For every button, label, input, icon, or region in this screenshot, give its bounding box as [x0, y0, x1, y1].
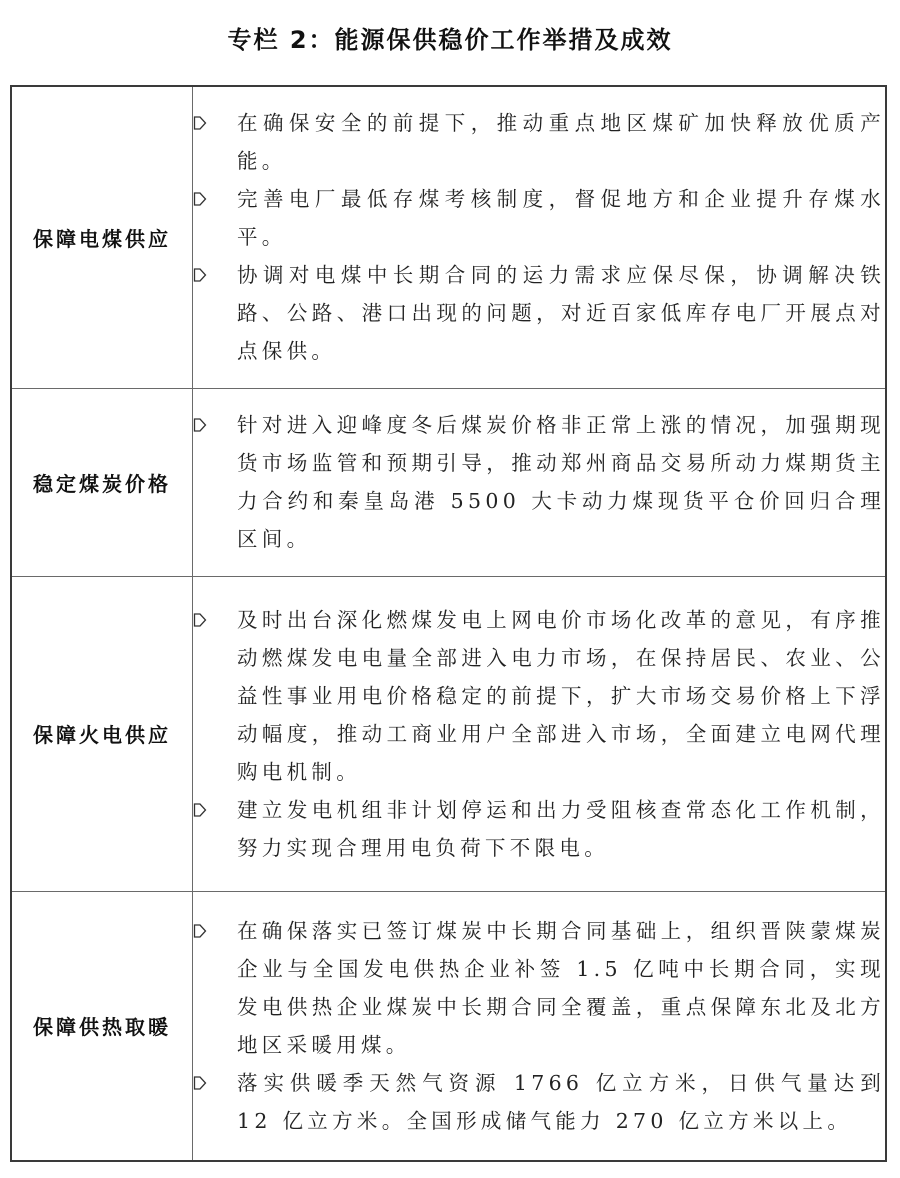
table-row: 保障火电供应 及时出台深化燃煤发电上网电价市场化改革的意见，有序推动燃煤发电电量…: [11, 576, 886, 891]
list-item: 落实供暖季天然气资源 1766 亿立方米，日供气量达到 12 亿立方米。全国形成…: [193, 1064, 885, 1140]
item-text: 及时出台深化燃煤发电上网电价市场化改革的意见，有序推动燃煤发电电量全部进入电力市…: [237, 601, 885, 791]
list-item: 协调对电煤中长期合同的运力需求应保尽保，协调解决铁路、公路、港口出现的问题，对近…: [193, 256, 885, 370]
hollow-arrow-right-icon: [193, 180, 237, 218]
item-text: 完善电厂最低存煤考核制度，督促地方和企业提升存煤水平。: [237, 180, 885, 256]
list-item: 针对进入迎峰度冬后煤炭价格非正常上涨的情况，加强期现货市场监管和预期引导，推动郑…: [193, 406, 885, 558]
item-text: 在确保安全的前提下，推动重点地区煤矿加快释放优质产能。: [237, 104, 885, 180]
list-item: 及时出台深化燃煤发电上网电价市场化改革的意见，有序推动燃煤发电电量全部进入电力市…: [193, 601, 885, 791]
item-text: 针对进入迎峰度冬后煤炭价格非正常上涨的情况，加强期现货市场监管和预期引导，推动郑…: [237, 406, 885, 558]
list-item: 在确保落实已签订煤炭中长期合同基础上，组织晋陕蒙煤炭企业与全国发电供热企业补签 …: [193, 912, 885, 1064]
row-content: 在确保安全的前提下，推动重点地区煤矿加快释放优质产能。 完善电厂最低存煤考核制度…: [193, 86, 887, 388]
row-label: 稳定煤炭价格: [11, 388, 193, 576]
page-title: 专栏 2：能源保供稳价工作举措及成效: [0, 20, 900, 55]
row-label: 保障火电供应: [11, 576, 193, 891]
hollow-arrow-right-icon: [193, 1064, 237, 1102]
hollow-arrow-right-icon: [193, 601, 237, 639]
table-row: 保障供热取暖 在确保落实已签订煤炭中长期合同基础上，组织晋陕蒙煤炭企业与全国发电…: [11, 891, 886, 1161]
hollow-arrow-right-icon: [193, 256, 237, 294]
list-item: 完善电厂最低存煤考核制度，督促地方和企业提升存煤水平。: [193, 180, 885, 256]
list-item: 在确保安全的前提下，推动重点地区煤矿加快释放优质产能。: [193, 104, 885, 180]
table-row: 稳定煤炭价格 针对进入迎峰度冬后煤炭价格非正常上涨的情况，加强期现货市场监管和预…: [11, 388, 886, 576]
hollow-arrow-right-icon: [193, 406, 237, 444]
measures-table: 保障电煤供应 在确保安全的前提下，推动重点地区煤矿加快释放优质产能。 完善电厂最…: [10, 85, 887, 1162]
row-content: 及时出台深化燃煤发电上网电价市场化改革的意见，有序推动燃煤发电电量全部进入电力市…: [193, 576, 887, 891]
row-content: 针对进入迎峰度冬后煤炭价格非正常上涨的情况，加强期现货市场监管和预期引导，推动郑…: [193, 388, 887, 576]
list-item: 建立发电机组非计划停运和出力受阻核查常态化工作机制，努力实现合理用电负荷下不限电…: [193, 791, 885, 867]
item-text: 建立发电机组非计划停运和出力受阻核查常态化工作机制，努力实现合理用电负荷下不限电…: [237, 791, 885, 867]
hollow-arrow-right-icon: [193, 104, 237, 142]
row-label: 保障电煤供应: [11, 86, 193, 388]
item-text: 协调对电煤中长期合同的运力需求应保尽保，协调解决铁路、公路、港口出现的问题，对近…: [237, 256, 885, 370]
item-text: 落实供暖季天然气资源 1766 亿立方米，日供气量达到 12 亿立方米。全国形成…: [237, 1064, 885, 1140]
hollow-arrow-right-icon: [193, 912, 237, 950]
hollow-arrow-right-icon: [193, 791, 237, 829]
row-label: 保障供热取暖: [11, 891, 193, 1161]
table-row: 保障电煤供应 在确保安全的前提下，推动重点地区煤矿加快释放优质产能。 完善电厂最…: [11, 86, 886, 388]
item-text: 在确保落实已签订煤炭中长期合同基础上，组织晋陕蒙煤炭企业与全国发电供热企业补签 …: [237, 912, 885, 1064]
row-content: 在确保落实已签订煤炭中长期合同基础上，组织晋陕蒙煤炭企业与全国发电供热企业补签 …: [193, 891, 887, 1161]
